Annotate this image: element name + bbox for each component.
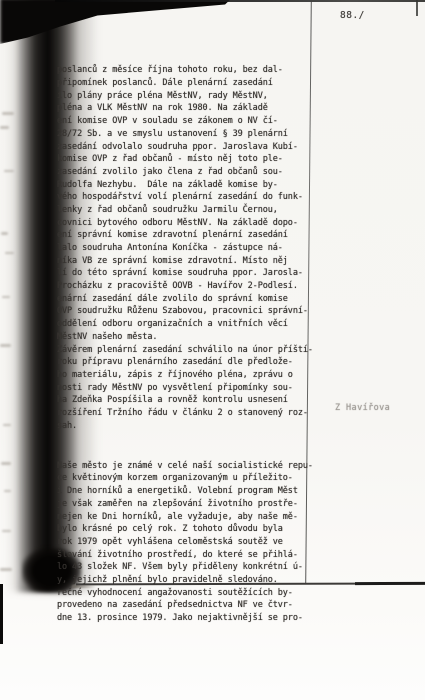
text-line: lalo soudruha Antonína Koníčka - zástupc… [57, 242, 319, 255]
text-line: ení správní komise zdravotní plenární za… [57, 229, 319, 242]
scan-speckle [1, 462, 11, 465]
text-line: ce květinovým korzem organizovaným u pří… [57, 472, 319, 485]
text-line: ení komise OVP v souladu se zákonem o NV… [57, 115, 319, 128]
text-line: lenky z řad občanů soudružku Jarmilu Čer… [57, 204, 319, 217]
text-line: Naše město je známé v celé naší socialis… [57, 460, 319, 473]
text-line: y, jejichž plnění bylo pravidelně sledov… [57, 574, 319, 587]
text-line: šlování životního prostředí, do které se… [57, 549, 319, 562]
scan-speckle [0, 568, 12, 571]
text-line: komise OVP z řad občanů - místo něj toto… [57, 153, 319, 166]
scan-speckle [5, 252, 14, 254]
scan-speckle [0, 344, 11, 347]
typewritten-text-block: poslanců z měsíce října tohoto roku, bez… [57, 39, 319, 650]
text-line: OVP soudružku Růženu Szabovou, pracovnic… [57, 305, 319, 318]
text-line: zasedání odvolalo soudruha ppor. Jarosla… [57, 141, 319, 154]
text-line: vého hospodářství volí plenární zasedání… [57, 191, 319, 204]
scan-speckle [0, 126, 9, 129]
text-line: zasedání zvolilo jako člena z řad občanů… [57, 166, 319, 179]
scanned-document-page: 88./ Z Havířova poslanců z měsíce října … [0, 0, 425, 700]
text-line: ílo plány práce pléna MěstNV, rady MěstN… [57, 90, 319, 103]
text-line: dne 13. prosince 1979. Jako nejaktivnějš… [57, 612, 319, 625]
text-line: lo 43 složek NF. Všem byly přiděleny kon… [57, 561, 319, 574]
text-line: nejen ke Dni horníků, ale vyžaduje, aby … [57, 511, 319, 524]
text-line: enární zasedání dále zvolilo do správní … [57, 293, 319, 306]
text-line: sah. [57, 420, 319, 433]
text-line: je však zaměřen na zlepšování životního … [57, 498, 319, 511]
scan-speckle [2, 530, 11, 532]
text-line: bylo krásné po celý rok. Z tohoto důvodu… [57, 523, 319, 536]
text-line: rozšíření Tržního řádu v článku 2 o stan… [57, 407, 319, 420]
scan-speckle [3, 424, 11, 426]
margin-note: Z Havířova [335, 403, 390, 413]
scan-speckle [1, 232, 8, 235]
text-line: covnici bytového odboru MěstNV. Na zákla… [57, 217, 319, 230]
scan-speckle [2, 296, 10, 298]
text-line: Rudolfa Nezhybu. Dále na základě komise … [57, 179, 319, 192]
text-line: pléna a VLK MěstNV na rok 1980. Na zákla… [57, 102, 319, 115]
page-top-edge-line [55, 0, 425, 2]
text-line: i Dne horníků a energetiků. Volební prog… [57, 485, 319, 498]
text-line: připomínek poslanců. Dále plenární zased… [57, 77, 319, 90]
text-line: 28/72 Sb. a ve smyslu ustanovení § 39 pl… [57, 128, 319, 141]
scan-speckle [4, 490, 11, 492]
text-line: ho materiálu, zápis z říjnového pléna, z… [57, 369, 319, 382]
scan-speckle [4, 170, 14, 172]
text-line: Procházku z pracoviště OOVB - Havířov 2-… [57, 280, 319, 293]
page-bottom-edge-line-thick [355, 581, 425, 585]
text-line: MěstNV našeho města. [57, 331, 319, 344]
text-line: poslanců z měsíce října tohoto roku, bez… [57, 64, 319, 77]
text-line: oddělení odboru organizačních a vnitřníc… [57, 318, 319, 331]
text-line: rok 1979 opět vyhlášena celoměstská sout… [57, 536, 319, 549]
scan-edge-bar [0, 584, 3, 644]
text-line: lí do této správní komise soudruha ppor.… [57, 267, 319, 280]
text-line: Závěrem plenární zasedání schválilo na ú… [57, 344, 319, 357]
text-line: provedeno na zasedání předsednictva NF v… [57, 599, 319, 612]
text-line: níka VB ze správní komise zdravotní. Mís… [57, 255, 319, 268]
page-number: 88./ [340, 10, 365, 21]
scan-speckle [2, 112, 14, 115]
page-corner-tick [416, 0, 418, 16]
paragraph: poslanců z měsíce října tohoto roku, bez… [57, 64, 319, 432]
text-line: nosti rady MěstNV po vysvětlení připomín… [57, 382, 319, 395]
paragraph: Naše město je známé v celé naší socialis… [57, 460, 319, 625]
text-line: ha Zdeňka Pospíšila a rovněž kontrolu us… [57, 394, 319, 407]
text-line: roku přípravu plenárního zasedání dle př… [57, 356, 319, 369]
text-line: rečné vyhodnocení angažovanosti soutěžíc… [57, 587, 319, 600]
